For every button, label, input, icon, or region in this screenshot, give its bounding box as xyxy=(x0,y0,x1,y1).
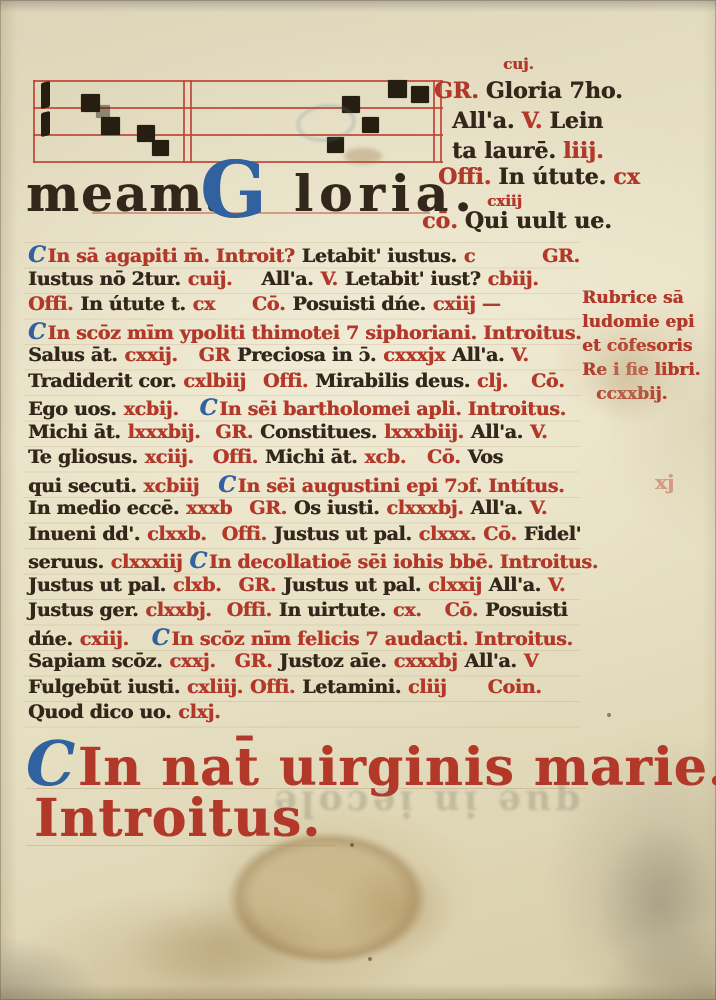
text-run: xcbiij xyxy=(143,475,199,497)
text-run: In decollatioē sēi iohis bbē. Introitus. xyxy=(209,551,598,573)
manuscript-line: Quod dico uo.clxj. xyxy=(28,703,227,723)
manuscript-line: In medio eccē.xxxbGR.Os iusti.clxxxbj.Al… xyxy=(28,499,554,519)
text-run: All'a. xyxy=(452,344,504,366)
text-run: xciij. xyxy=(145,446,194,468)
text-run: GR. xyxy=(542,245,580,267)
text-run: Gloria 7ho. xyxy=(486,78,623,104)
text-run: Iustus nō 2tur. xyxy=(28,268,181,290)
text-run: GR xyxy=(199,344,230,366)
text-run: cxxxbj xyxy=(394,650,458,672)
text-run: cx xyxy=(613,164,640,190)
text-run: In scōz mīm ypoliti thimotei 7 siphorian… xyxy=(48,322,582,344)
manuscript-line: Iustus nō 2tur.cuij.All'a.V.Letabit' ius… xyxy=(28,270,545,290)
manuscript-line: qui secuti.xcbiijCIn sēi augustini epi 7… xyxy=(28,474,571,498)
text-run: clxxb. xyxy=(147,523,207,545)
text-run: In medio eccē. xyxy=(28,497,179,519)
text-run: cuij. xyxy=(188,268,233,290)
text-run: V. xyxy=(530,497,547,519)
manuscript-line: ta laurē.liij. xyxy=(452,140,611,163)
manuscript-line: ccxxbij. xyxy=(596,386,674,404)
text-run: Os iusti. xyxy=(294,497,380,519)
text-run: In útute. xyxy=(498,164,606,190)
staff-line xyxy=(33,134,443,136)
text-run: clxxxiij xyxy=(111,551,183,573)
text-run: Re i fie libri. xyxy=(582,360,700,380)
manuscript-line: Sapiam scōz.cxxj.GR.Justoz aīe.cxxxbjAll… xyxy=(28,652,545,672)
speck xyxy=(368,957,372,961)
stain xyxy=(222,828,432,968)
text-run: Cō. xyxy=(483,523,517,545)
neume xyxy=(388,80,407,98)
staff-barline xyxy=(33,80,35,163)
text-run: In sēi bartholomei apli. Introitus. xyxy=(219,398,566,420)
text-run: In útute t. xyxy=(80,293,185,315)
neume xyxy=(342,96,360,113)
manuscript-line: Tradiderit cor.cxlbiijOffi.Mirabilis deu… xyxy=(28,372,571,392)
text-run: Qui uult ue. xyxy=(465,208,612,234)
text-run: Justus ger. xyxy=(28,599,138,621)
manuscript-line: GR.Gloria 7ho. xyxy=(434,80,630,103)
text-run: cxiij — xyxy=(433,293,501,315)
text-run: Michi āt. xyxy=(265,446,357,468)
text-run: GR. xyxy=(238,574,276,596)
text-run: dńe. xyxy=(28,628,73,650)
manuscript-line: Salus āt.cxxij.GRPreciosa in ɔ̄.cxxxjxAl… xyxy=(28,346,536,366)
capitulum-mark: C xyxy=(200,395,218,421)
manuscript-line: Michi āt.lxxxbij.GR.Constitues.lxxxbiij.… xyxy=(28,423,554,443)
text-run: Fulgebūt iusti. xyxy=(28,676,180,698)
text-run: Tradiderit cor. xyxy=(28,370,176,392)
text-run: xcb. xyxy=(364,446,406,468)
text-run: V xyxy=(524,650,538,672)
text-run: Offi. xyxy=(250,676,295,698)
text-run: V. xyxy=(530,421,547,443)
text-run: Letabit' iustus. xyxy=(302,245,457,267)
capitulum-mark: C xyxy=(189,548,207,574)
text-run: GR. xyxy=(235,650,273,672)
capitulum-mark: C xyxy=(28,242,46,268)
manuscript-line: Justus ut pal.clxb.GR.Justus ut pal.clxx… xyxy=(28,576,572,596)
text-run: GR. xyxy=(249,497,287,519)
text-run: Cō. xyxy=(427,446,461,468)
text-run: cx. xyxy=(393,599,422,621)
text-run: In sēi augustini epi 7ɔf. Intítus. xyxy=(238,475,565,497)
manuscript-line: et cōfesoris xyxy=(582,338,699,356)
text-run: Michi āt. xyxy=(28,421,120,443)
text-run: Justus ut pal. xyxy=(28,574,166,596)
text-run: V. xyxy=(548,574,565,596)
capitulum-mark: C xyxy=(28,319,46,345)
text-run: Offi. xyxy=(28,293,73,315)
clef-mark xyxy=(41,111,50,137)
clef-mark xyxy=(41,81,50,109)
text-run: Te gliosus. xyxy=(28,446,138,468)
text-run: GR. xyxy=(434,78,479,104)
text-run: Fidel' xyxy=(524,523,581,545)
text-run: V. xyxy=(521,108,542,134)
text-run: cliij xyxy=(408,676,447,698)
text-run: ta laurē. xyxy=(452,138,556,164)
stain xyxy=(115,900,325,990)
text-run: cxiij. xyxy=(80,628,129,650)
text-run: cx xyxy=(193,293,215,315)
text-run: clxxx. xyxy=(419,523,477,545)
neume xyxy=(152,140,169,156)
staff-barline xyxy=(190,80,192,163)
text-run: cxxj. xyxy=(169,650,215,672)
manuscript-line: loria. xyxy=(294,168,485,221)
text-run: All'a. xyxy=(464,650,516,672)
text-run: lxxxbij. xyxy=(127,421,200,443)
text-run: Inueni dd'. xyxy=(28,523,140,545)
text-run: Lein xyxy=(549,108,603,134)
text-run: lxxxbiij. xyxy=(384,421,464,443)
manuscript-line: Re i fie libri. xyxy=(582,362,707,380)
text-run: All'a. xyxy=(261,268,313,290)
text-run: ccxxbij. xyxy=(596,384,667,404)
text-run: Salus āt. xyxy=(28,344,117,366)
text-run: clj. xyxy=(477,370,508,392)
text-run: Rubrice sā xyxy=(582,288,683,308)
text-run: clxb. xyxy=(173,574,222,596)
text-run: Cō. xyxy=(531,370,565,392)
text-run: GR. xyxy=(215,421,253,443)
neume xyxy=(101,117,120,135)
text-run: G xyxy=(200,145,267,236)
text-run: All'a. xyxy=(471,497,523,519)
manuscript-line: Ego uos.xcbij.CIn sēi bartholomei apli. … xyxy=(28,397,573,421)
neume xyxy=(362,117,379,133)
manuscript-line: Inueni dd'.clxxb.Offi.Justus ut pal.clxx… xyxy=(28,525,588,545)
text-run: et cōfesoris xyxy=(582,336,692,356)
text-run: xj xyxy=(655,470,674,494)
manuscript-line: Rubrice sā xyxy=(582,290,690,308)
neume xyxy=(327,137,344,153)
stain xyxy=(330,855,460,965)
ghost-text: que in iecole xyxy=(270,782,580,824)
text-run: In scōz nīm felicis 7 audacti. Introitus… xyxy=(171,628,573,650)
manuscript-line: ludomie epi xyxy=(582,314,701,332)
text-run: Mirabilis deus. xyxy=(315,370,470,392)
text-run: In sā agapiti m̄. Introit? xyxy=(48,245,295,267)
text-run: seruus. xyxy=(28,551,104,573)
text-run: Offi. xyxy=(213,446,258,468)
text-run: cxliij. xyxy=(187,676,243,698)
speck xyxy=(607,713,611,717)
text-run: clxxxbj. xyxy=(386,497,463,519)
staff-barline xyxy=(183,80,185,163)
text-run: Vos xyxy=(467,446,502,468)
text-run: V. xyxy=(320,268,337,290)
text-run: All'a. xyxy=(489,574,541,596)
text-run: Letabit' iust? xyxy=(345,268,481,290)
manuscript-line: xj xyxy=(655,472,681,493)
text-run: Posuisti xyxy=(485,599,567,621)
text-run: cxxij. xyxy=(124,344,177,366)
capitulum-mark: C xyxy=(152,625,170,651)
text-run: ludomie epi xyxy=(582,312,694,332)
text-run: Constitues. xyxy=(260,421,377,443)
text-run: Offi. xyxy=(222,523,267,545)
text-run: Ego uos. xyxy=(28,398,116,420)
manuscript-line: CIn sā agapiti m̄. Introit?Letabit' iust… xyxy=(28,244,587,268)
manuscript-line: Fulgebūt iusti.cxliij.Offi.Letamini.clii… xyxy=(28,678,548,698)
manuscript-page: cuj.GR.Gloria 7ho.All'a.V.Leinta laurē.l… xyxy=(0,0,716,1000)
manuscript-line: cuj. xyxy=(503,57,541,73)
text-run: In uirtute. xyxy=(279,599,386,621)
manuscript-line: G xyxy=(200,150,274,232)
text-run: Justus ut pal. xyxy=(274,523,412,545)
text-run: Cō. xyxy=(444,599,478,621)
text-run: qui secuti. xyxy=(28,475,136,497)
text-run: Justus ut pal. xyxy=(283,574,421,596)
text-run: V. xyxy=(511,344,528,366)
text-run: Coin. xyxy=(488,676,542,698)
text-run: clxxbj. xyxy=(145,599,211,621)
manuscript-line: All'a.V.Lein xyxy=(452,110,610,133)
neume xyxy=(411,86,429,103)
manuscript-line: Justus ger.clxxbj.Offi.In uirtute.cx.Cō.… xyxy=(28,601,574,621)
staff-line xyxy=(33,80,443,82)
text-run: meam. xyxy=(26,164,223,223)
text-run: cxxxjx xyxy=(383,344,445,366)
text-run: Justoz aīe. xyxy=(279,650,386,672)
capitulum-mark: C xyxy=(218,472,236,498)
text-run: All'a. xyxy=(471,421,523,443)
manuscript-line: dńe.cxiij.CIn scōz nīm felicis 7 audacti… xyxy=(28,627,580,651)
text-run: All'a. xyxy=(452,108,514,134)
text-run: cxlbiij xyxy=(183,370,246,392)
text-run: Posuisti dńe. xyxy=(292,293,425,315)
text-run: Letamini. xyxy=(302,676,401,698)
text-run: Preciosa in ɔ̄. xyxy=(237,344,376,366)
speck xyxy=(350,843,354,847)
text-run: Quod dico uo. xyxy=(28,701,171,723)
stain xyxy=(592,818,716,993)
text-run: Offi. xyxy=(226,599,271,621)
text-run: cbiij. xyxy=(487,268,538,290)
text-run: clxxij xyxy=(428,574,482,596)
text-run: Offi. xyxy=(263,370,308,392)
text-run: liij. xyxy=(563,138,604,164)
text-run: c xyxy=(464,245,475,267)
text-run: xxxb xyxy=(186,497,232,519)
manuscript-line: seruus.clxxxiijCIn decollatioē sēi iohis… xyxy=(28,550,605,574)
text-run: xcbij. xyxy=(123,398,178,420)
text-run: cuj. xyxy=(503,55,534,73)
manuscript-line: Te gliosus.xciij.Offi.Michi āt.xcb.Cō.Vo… xyxy=(28,448,510,468)
text-run: Sapiam scōz. xyxy=(28,650,162,672)
text-run: Cō. xyxy=(252,293,286,315)
manuscript-line: CIn scōz mīm ypoliti thimotei 7 siphoria… xyxy=(28,321,588,345)
manuscript-line: Offi.In útute t.cxCō.Posuisti dńe.cxiij … xyxy=(28,295,507,315)
text-run: clxj. xyxy=(178,701,220,723)
text-run: loria. xyxy=(294,164,478,223)
